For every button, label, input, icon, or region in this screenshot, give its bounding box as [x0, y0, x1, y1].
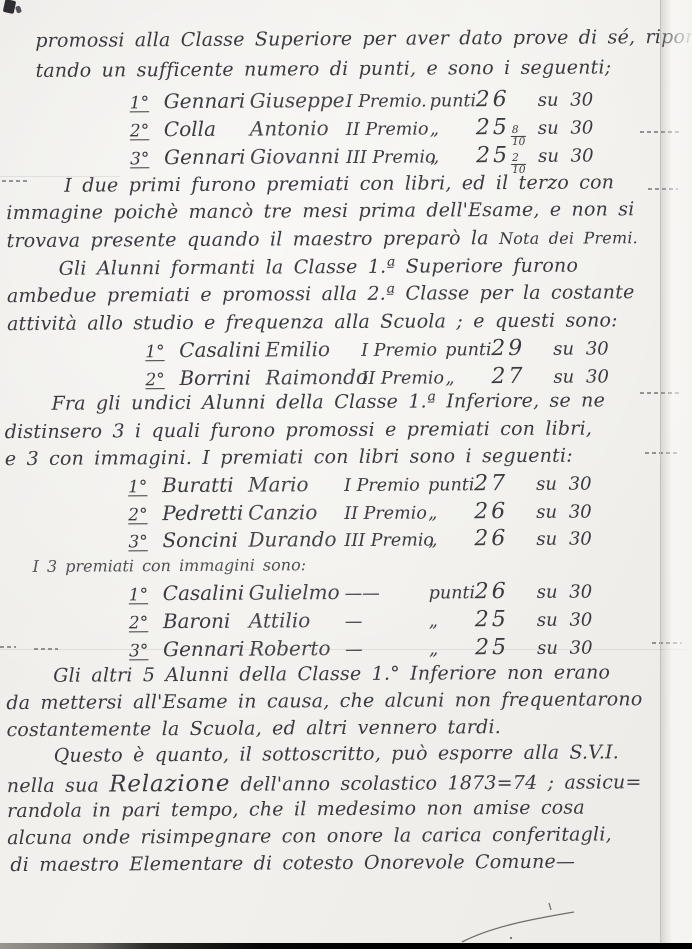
premio-label: ——	[345, 583, 429, 604]
rank-number: 2°	[128, 505, 162, 525]
premio-label: III Premio	[344, 530, 428, 551]
premio-label: III Premio	[346, 147, 430, 168]
manuscript-line: nella sua Relazione dell'anno scolastico…	[7, 768, 642, 798]
score-of-label: su 30	[553, 338, 609, 359]
student-given-name: Durando	[248, 527, 344, 552]
manuscript-line: costantemente la Scuola, ed altri venner…	[6, 716, 501, 741]
manuscript-line: alcuna onde risimpegnare con onore la ca…	[7, 823, 612, 849]
rank-number: 1°	[129, 585, 163, 605]
manuscript-line: Gli altri 5 Alunni della Classe 1.° Infe…	[53, 661, 610, 686]
student-surname: Soncini	[162, 528, 248, 553]
student-surname: Gennari	[164, 145, 250, 170]
manuscript-line: di maestro Elementare di cotesto Onorevo…	[10, 851, 575, 876]
premiati-row: 2°BaroniAttilio—„25su 30	[129, 606, 593, 634]
student-given-name: Giovanni	[250, 144, 346, 169]
score-of-label: su 30	[537, 609, 593, 630]
student-surname: Baroni	[163, 609, 249, 634]
rank-number: 1°	[128, 477, 162, 497]
line-segment: Nota dei Premi.	[499, 228, 638, 248]
manuscript-line: distinsero 3 i quali furono promossi e p…	[5, 417, 592, 443]
premiati-row: 1°CasaliniEmilioI Premiopunti29su 30	[145, 335, 609, 363]
manuscript-line: I 3 premiati con immagini sono:	[32, 555, 306, 576]
premio-label: —	[345, 611, 429, 632]
student-given-name: Attilio	[249, 608, 345, 633]
line-segment: trovava presente quando il maestro prepa…	[7, 227, 500, 252]
premiati-row: 2°PedrettiCanzioII Premio„26su 30	[128, 499, 592, 527]
line-segment: Relazione	[109, 771, 230, 798]
manuscript-text: promossi alla Classe Superiore per aver …	[0, 0, 692, 949]
manuscript-line: I due primi furono premiati con libri, e…	[64, 171, 614, 196]
student-given-name: Emilio	[265, 337, 361, 362]
manuscript-line: ambedue premiati e promossi alla 2.ª Cla…	[7, 281, 635, 307]
student-surname: Casalini	[179, 337, 265, 362]
manuscript-line: trovava presente quando il maestro prepa…	[7, 226, 638, 252]
line-segment: nella sua	[7, 774, 109, 797]
manuscript-line: randola in pari tempo, che il medesimo n…	[7, 797, 585, 823]
student-surname: Borrini	[179, 365, 265, 390]
score-value: 26	[476, 87, 538, 112]
student-surname: Gennari	[164, 89, 250, 114]
premio-label: II Premio	[346, 119, 430, 140]
line-segment: dell'anno scolastico 1873=74 ; assicu=	[230, 771, 641, 796]
punti-label: „	[428, 530, 474, 550]
faint-rule	[0, 649, 692, 650]
punti-label: punti	[428, 475, 474, 495]
score-of-label: su 30	[538, 145, 594, 166]
manuscript-line: Questo è quanto, il sottoscritto, può es…	[54, 741, 619, 766]
score-value: 26	[475, 579, 537, 604]
premiati-row: 3°SonciniDurandoIII Premio„26su 30	[128, 525, 592, 553]
premiati-row: 1°CasaliniGulielmo——punti26su 30	[129, 578, 593, 606]
rank-number: 2°	[130, 121, 164, 141]
score-of-label: su 30	[536, 474, 592, 495]
premio-label: II Premio	[361, 368, 445, 389]
premio-label: II Premio	[344, 503, 428, 524]
score-value: 25	[475, 635, 537, 660]
faint-rule	[0, 176, 120, 177]
punti-label: „	[430, 147, 476, 167]
scan-edge-bottom	[0, 943, 692, 949]
manuscript-line: tando un sufficente numero di punti, e s…	[35, 56, 611, 82]
premio-label: I Premio	[344, 475, 428, 496]
margin-dash	[2, 180, 30, 182]
score-of-label: su 30	[536, 528, 592, 549]
punti-label: „	[445, 368, 491, 388]
punti-label: punti	[430, 91, 476, 111]
student-given-name: Giuseppe	[250, 88, 346, 113]
score-value: 26	[474, 499, 536, 524]
score-of-label: su 30	[538, 117, 594, 138]
rank-number: 2°	[145, 370, 179, 390]
rank-number: 2°	[129, 613, 163, 633]
manuscript-line: immagine poichè mancò tre mesi prima del…	[6, 198, 634, 224]
punti-label: „	[430, 119, 476, 139]
score-value: 27	[491, 364, 553, 389]
student-surname: Casalini	[163, 581, 249, 606]
student-given-name: Mario	[248, 472, 344, 497]
punti-label: „	[428, 503, 474, 523]
student-given-name: Gulielmo	[249, 580, 345, 605]
rank-number: 1°	[130, 93, 164, 113]
rank-number: 1°	[145, 342, 179, 362]
student-given-name: Raimondo	[265, 365, 361, 390]
score-of-label: su 30	[537, 581, 593, 602]
student-surname: Buratti	[162, 473, 248, 498]
page-fold-right	[660, 0, 692, 949]
rank-number: 3°	[128, 532, 162, 552]
premiati-row: 1°GennariGiuseppeI Premio.punti26su 30	[130, 86, 594, 114]
student-surname: Pedretti	[162, 501, 248, 526]
manuscript-line: Gli Alunni formanti la Classe 1.ª Superi…	[59, 255, 578, 280]
manuscript-line: da mettersi all'Esame in causa, che alcu…	[6, 688, 642, 714]
premiati-row: 1°BurattiMarioI Premiopunti27su 30	[128, 471, 592, 499]
score-of-label: su 30	[536, 502, 592, 523]
punti-label: punti	[445, 340, 491, 360]
student-given-name: Canzio	[248, 500, 344, 525]
score-value: 29	[491, 336, 553, 361]
student-surname: Colla	[164, 117, 250, 142]
score-of-label: su 30	[553, 366, 609, 387]
rank-number: 3°	[130, 149, 164, 169]
score-value: 26	[474, 526, 536, 551]
premio-label: I Premio	[361, 340, 445, 361]
punti-label: punti	[429, 583, 475, 603]
manuscript-line: attività allo studio e frequenza alla Sc…	[7, 309, 618, 335]
score-of-label: su 30	[538, 89, 594, 110]
manuscript-line: Fra gli undici Alunni della Classe 1.ª I…	[51, 389, 605, 414]
student-given-name: Antonio	[250, 116, 346, 141]
manuscript-line: promossi alla Classe Superiore per aver …	[35, 26, 692, 52]
premio-label: I Premio.	[346, 91, 430, 112]
margin-dash	[0, 646, 16, 648]
manuscript-line: e 3 con immagini. I premiati con libri s…	[5, 445, 573, 470]
rank-number: 3°	[129, 641, 163, 661]
punti-label: „	[429, 611, 475, 631]
score-value: 25	[475, 607, 537, 632]
score-value: 27	[474, 471, 536, 496]
premiati-row: 2°BorriniRaimondoII Premio„27su 30	[145, 363, 609, 391]
